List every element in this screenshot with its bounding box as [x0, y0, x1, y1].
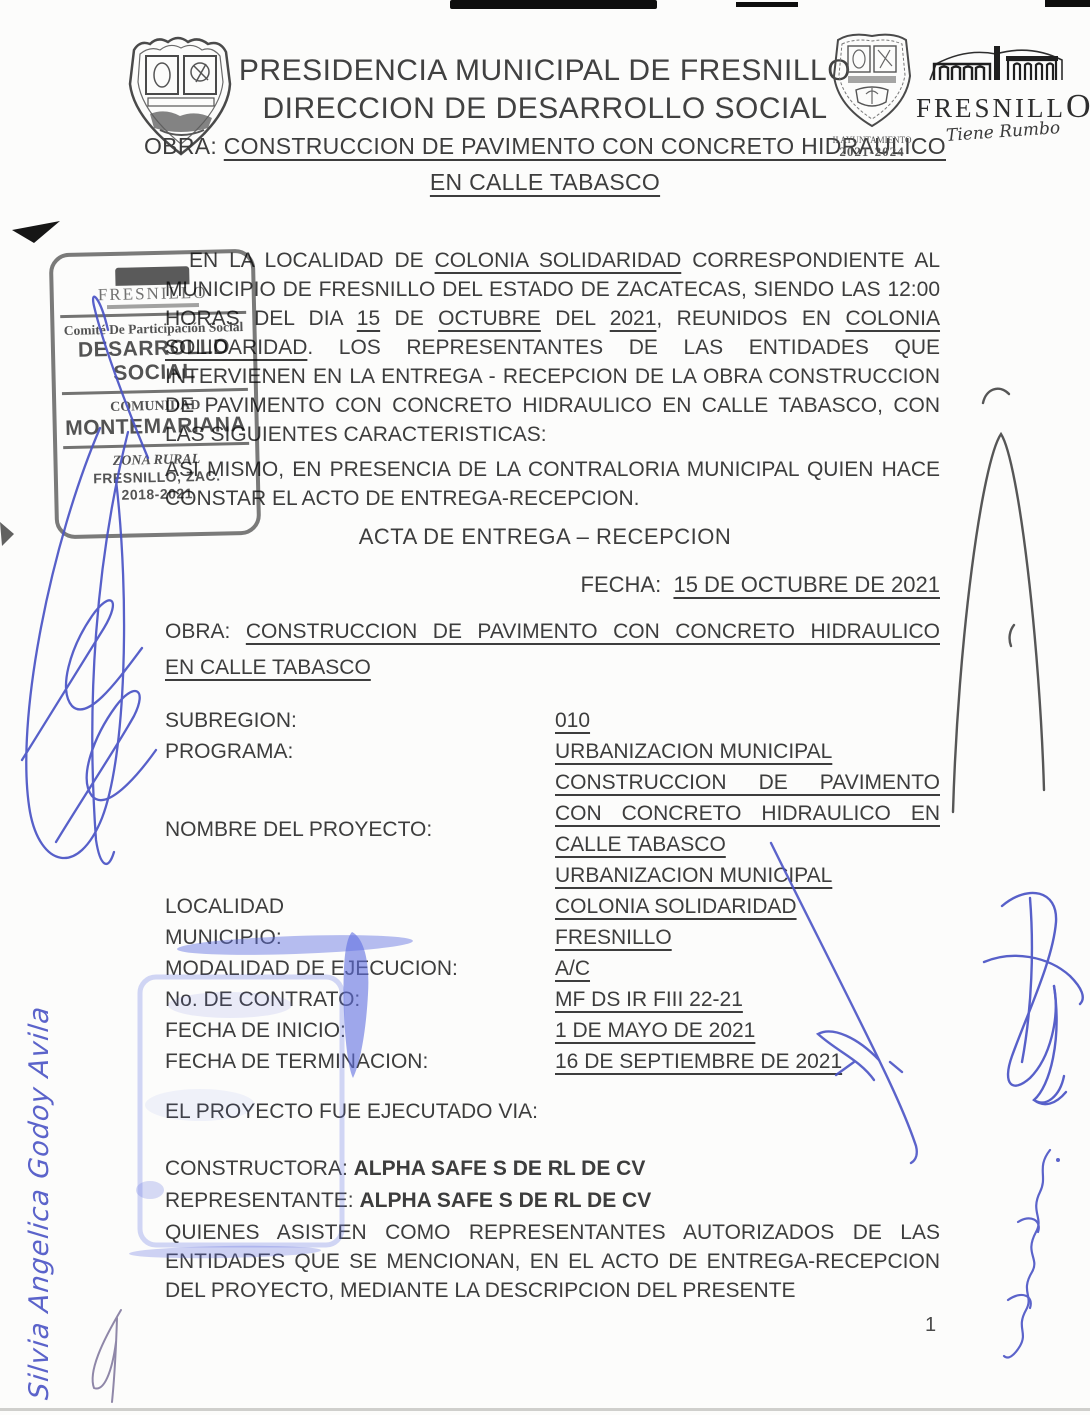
- execution-intro: EL PROYECTO FUE EJECUTADO VIA:: [165, 1100, 940, 1124]
- representante-label: REPRESENTANTE:: [165, 1189, 354, 1212]
- intro-underlined-month: OCTUBRE: [438, 307, 541, 330]
- field-row-nombre-proyecto: NOMBRE DEL PROYECTO: CONSTRUCCION DE PAV…: [165, 767, 940, 891]
- fecha-line: FECHA: 15 DE OCTUBRE DE 2021: [165, 572, 940, 598]
- obra-section-value1: CONSTRUCCION DE PAVIMENTO CON CONCRETO H…: [246, 620, 940, 643]
- fresnillo-brand-logo: FRESNILLO Tiene Rumbo: [916, 34, 1076, 142]
- intro-text: DEL: [541, 307, 610, 330]
- obra-section-value2: EN CALLE TABASCO: [165, 656, 371, 679]
- field-row-fecha-inicio: FECHA DE INICIO: 1 DE MAYO DE 2021: [165, 1015, 940, 1046]
- handwritten-scribble-right: [1004, 1150, 1060, 1358]
- field-value: URBANIZACION MUNICIPAL: [555, 740, 832, 763]
- field-value: A/C: [555, 957, 590, 980]
- field-row-contrato: No. DE CONTRATO: MF DS IR FIII 22-21: [165, 984, 940, 1015]
- field-label: SUBREGION:: [165, 705, 555, 736]
- field-value-secondary: URBANIZACION MUNICIPAL: [555, 864, 832, 887]
- intro-text: DE: [380, 307, 438, 330]
- obra-section-line1: OBRA: CONSTRUCCION DE PAVIMENTO CON CONC…: [165, 620, 940, 644]
- field-label: NOMBRE DEL PROYECTO:: [165, 814, 555, 845]
- field-row-subregion: SUBREGION: 010: [165, 705, 940, 736]
- scanner-artifact: [736, 2, 798, 7]
- field-value: FRESNILLO: [555, 926, 672, 949]
- obra-section-line2: EN CALLE TABASCO: [165, 656, 940, 680]
- pen-stroke-bottom-left: [93, 1310, 121, 1402]
- obra-heading-label: OBRA:: [144, 133, 217, 159]
- field-row-municipio: MUNICIPIO: FRESNILLO: [165, 922, 940, 953]
- field-label: FECHA DE INICIO:: [165, 1015, 555, 1046]
- intro-paragraph: EN LA LOCALIDAD DE COLONIA SOLIDARIDAD C…: [165, 246, 940, 449]
- brand-tagline: Tiene Rumbo: [945, 118, 1060, 146]
- signature-right: [984, 893, 1083, 1104]
- constructora-value: ALPHA SAFE S DE RL DE CV: [354, 1157, 646, 1180]
- field-value: 010: [555, 709, 590, 732]
- brand-name-o: O: [1066, 88, 1090, 125]
- contraloria-paragraph: ASI MISMO, EN PRESENCIA DE LA CONTRALORI…: [165, 455, 940, 513]
- intro-text: EN LA LOCALIDAD DE: [189, 249, 435, 272]
- scanner-artifact: [450, 0, 657, 9]
- field-value: 1 DE MAYO DE 2021: [555, 1019, 755, 1042]
- ayuntamiento-shield: II AYUNTAMIENTO 2021-2024: [826, 30, 918, 159]
- ayuntamiento-shield-icon: [826, 30, 918, 130]
- field-label: PROGRAMA:: [165, 736, 555, 767]
- scanned-document-page: PRESIDENCIA MUNICIPAL DE FRESNILLO DIREC…: [0, 0, 1090, 1415]
- ayuntamiento-years: 2021-2024: [839, 144, 904, 159]
- field-row-programa: PROGRAMA: URBANIZACION MUNICIPAL: [165, 736, 940, 767]
- field-value: MF DS IR FIII 22-21: [555, 988, 743, 1011]
- obra-section-label: OBRA:: [165, 620, 230, 643]
- closing-paragraph: QUIENES ASISTEN COMO REPRESENTANTES AUTO…: [165, 1218, 940, 1305]
- page-number: 1: [925, 1314, 936, 1337]
- obra-heading-text2: EN CALLE TABASCO: [430, 169, 660, 195]
- representante-value: ALPHA SAFE S DE RL DE CV: [360, 1189, 652, 1212]
- obra-heading-line2: EN CALLE TABASCO: [0, 169, 1090, 196]
- constructora-label: CONSTRUCTORA:: [165, 1157, 348, 1180]
- field-row-localidad: LOCALIDAD COLONIA SOLIDARIDAD: [165, 891, 940, 922]
- aqueduct-icon: [926, 34, 1066, 88]
- acta-title: ACTA DE ENTREGA – RECEPCION: [0, 524, 1090, 550]
- intro-text: , REUNIDOS EN: [656, 307, 845, 330]
- field-value: 16 DE SEPTIEMBRE DE 2021: [555, 1050, 842, 1073]
- field-label: No. DE CONTRATO:: [165, 984, 555, 1015]
- field-value: COLONIA SOLIDARIDAD: [555, 895, 797, 918]
- field-row-modalidad: MODALIDAD DE EJECUCION: A/C: [165, 953, 940, 984]
- representante-line: REPRESENTANTE: ALPHA SAFE S DE RL DE CV: [165, 1189, 940, 1213]
- constructora-line: CONSTRUCTORA: ALPHA SAFE S DE RL DE CV: [165, 1157, 940, 1181]
- scanner-artifact: [1045, 0, 1090, 7]
- signature-left: [22, 297, 156, 864]
- fecha-label: FECHA:: [581, 572, 662, 597]
- fecha-value: 15 DE OCTUBRE DE 2021: [673, 572, 940, 597]
- field-value: CONSTRUCCION DE PAVIMENTO CON CONCRETO H…: [555, 767, 940, 860]
- intro-underlined-locality: COLONIA SOLIDARIDAD: [435, 249, 682, 272]
- field-row-fecha-terminacion: FECHA DE TERMINACION: 16 DE SEPTIEMBRE D…: [165, 1046, 940, 1077]
- ayuntamiento-caption: II AYUNTAMIENTO 2021-2024: [826, 135, 918, 159]
- field-label: MUNICIPIO:: [165, 922, 555, 953]
- field-label: FECHA DE TERMINACION:: [165, 1046, 555, 1077]
- field-label: MODALIDAD DE EJECUCION:: [165, 953, 555, 984]
- project-fields: SUBREGION: 010 PROGRAMA: URBANIZACION MU…: [165, 705, 940, 1077]
- intro-underlined-day: 15: [357, 307, 380, 330]
- scanner-edge: [0, 1408, 1090, 1411]
- handwritten-name: Silvia Angelica Godoy Avila: [24, 1004, 55, 1401]
- intro-underlined-year: 2021: [610, 307, 657, 330]
- field-label: LOCALIDAD: [165, 891, 555, 922]
- ink-smudge: [12, 221, 60, 243]
- pen-arch-right: [953, 389, 1044, 812]
